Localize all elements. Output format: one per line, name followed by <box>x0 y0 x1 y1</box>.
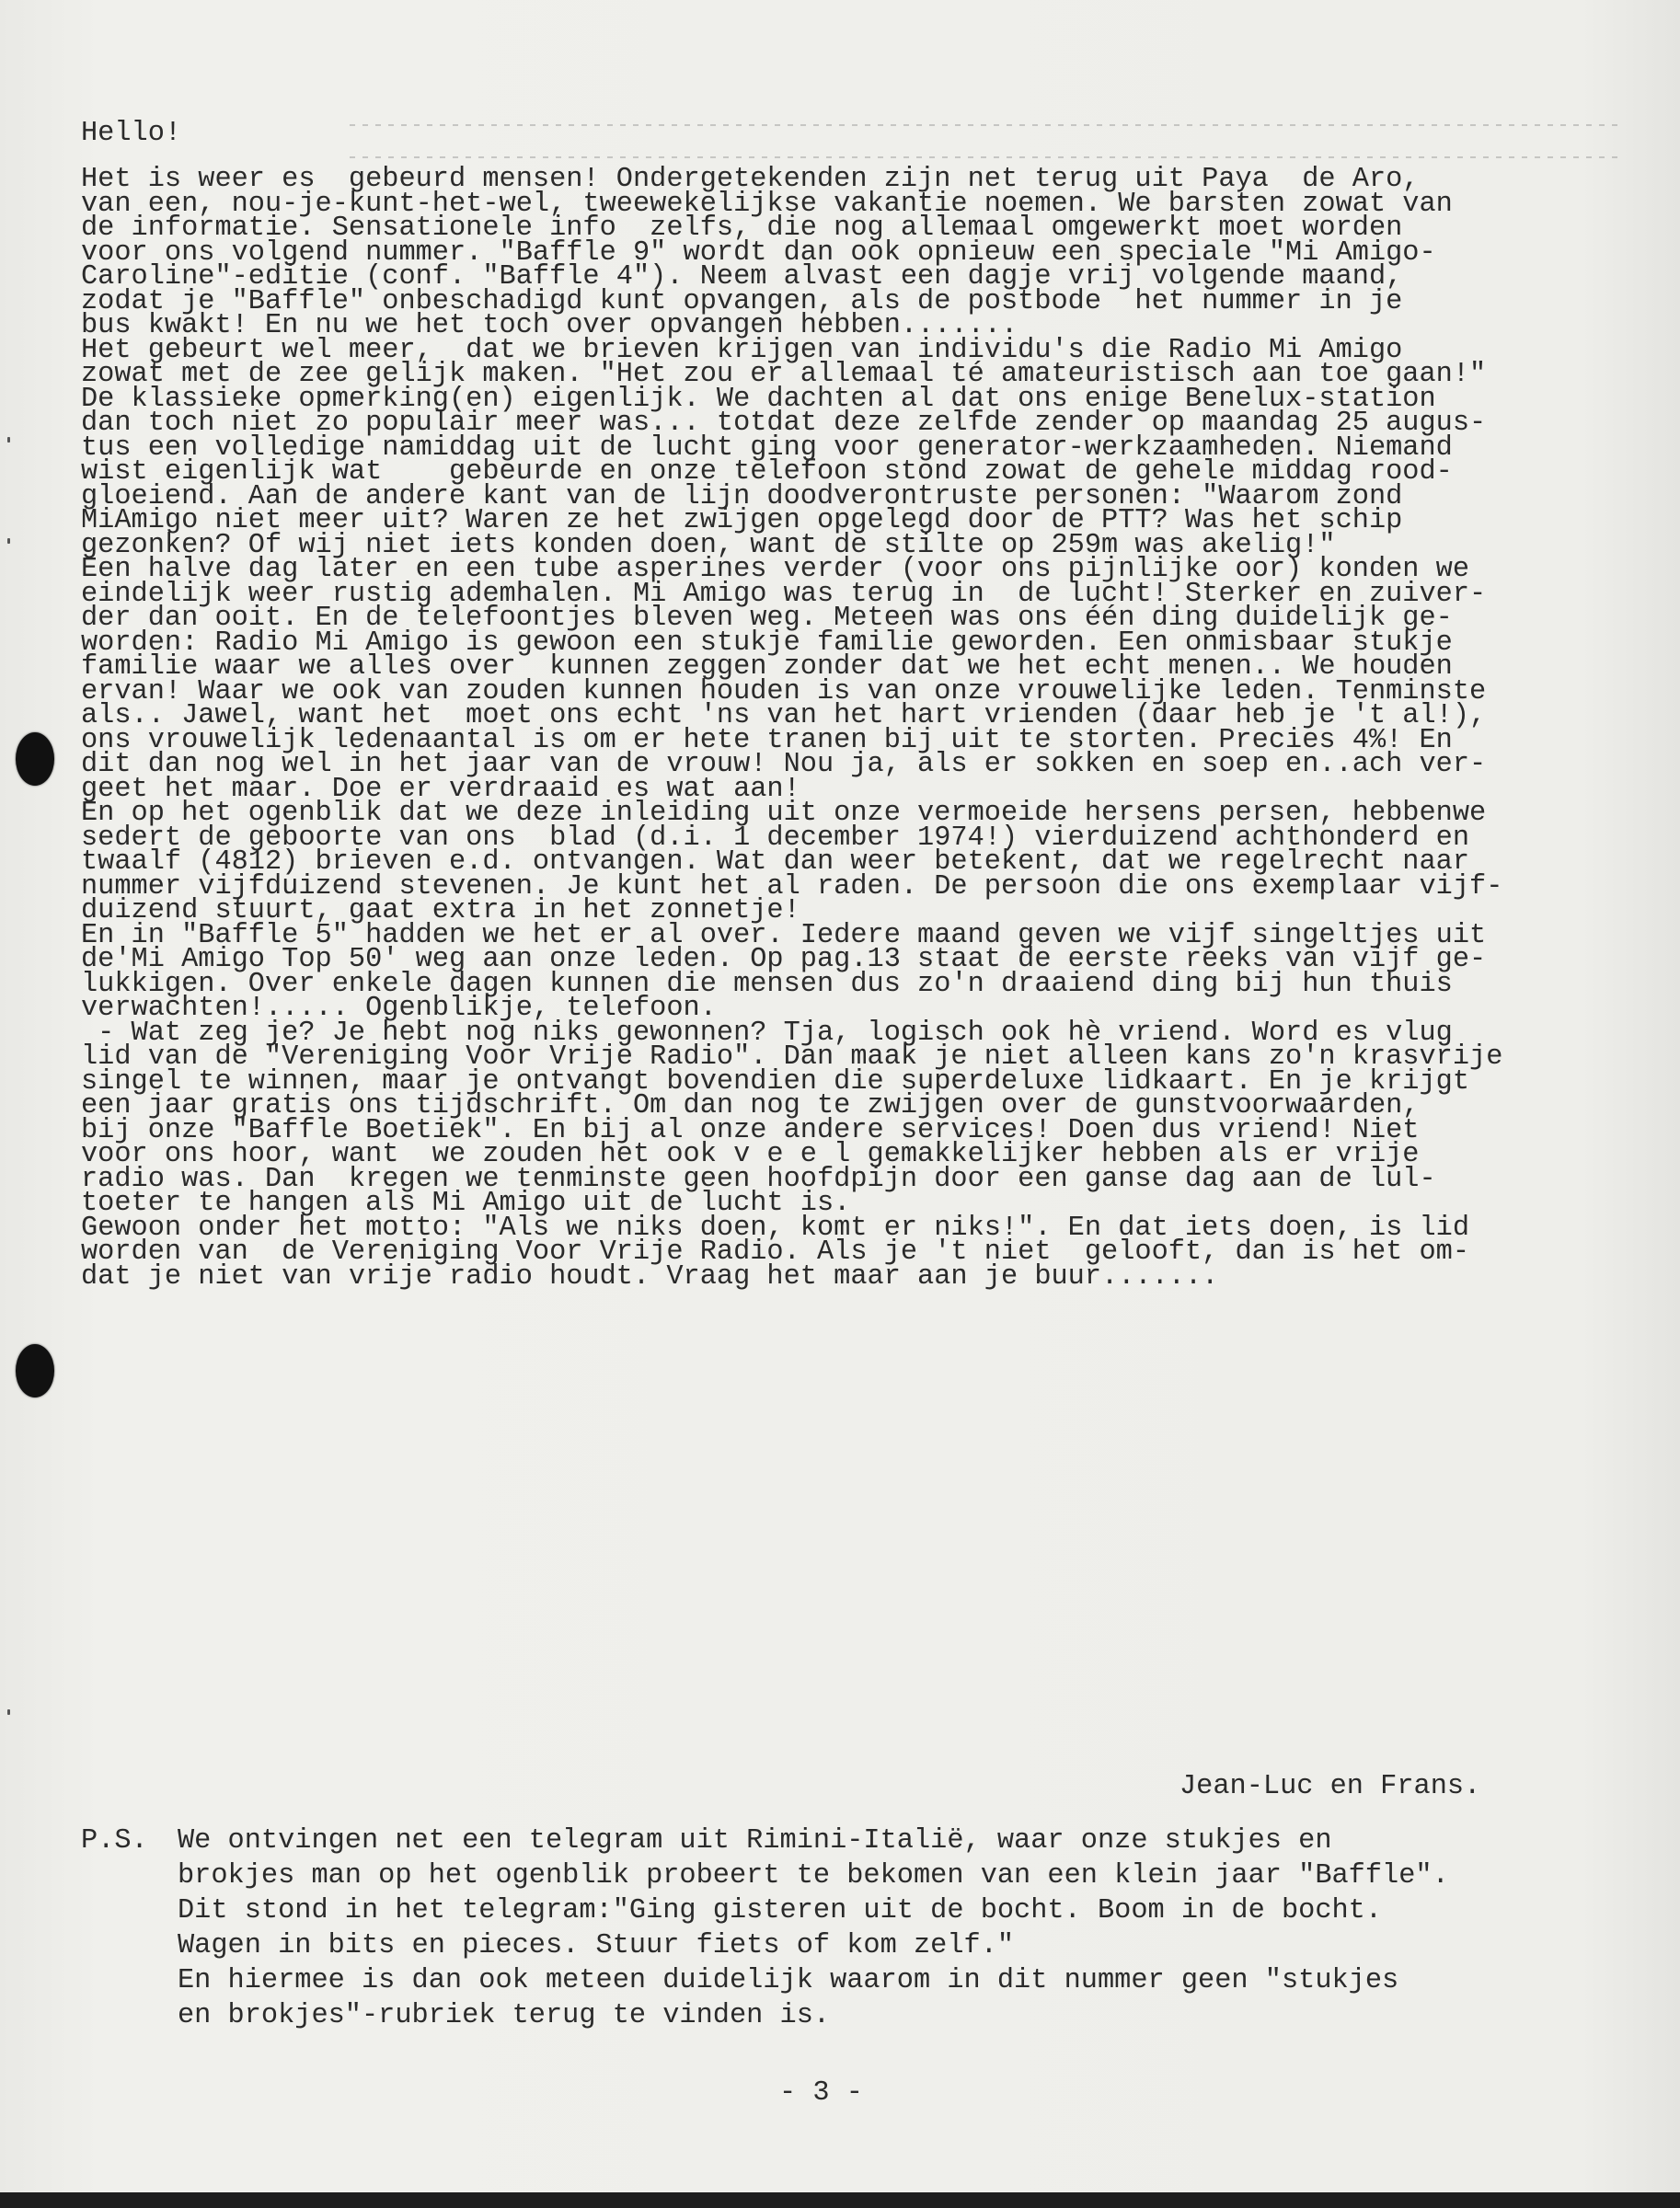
show-through-marks <box>350 156 1619 158</box>
postscript-line: brokjes man op het ogenblik probeert te … <box>178 1862 1449 1890</box>
postscript-line: Wagen in bits en pieces. Stuur fiets of … <box>178 1932 1014 1960</box>
punch-hole-top <box>16 732 54 786</box>
page-number: - 3 - <box>779 2079 863 2107</box>
postscript-label: P.S. <box>81 1827 148 1855</box>
body-line: dat je niet van vrije radio houdt. Vraag… <box>81 1263 1218 1291</box>
punch-hole-bottom <box>16 1344 54 1397</box>
scan-border-bottom <box>0 2192 1680 2208</box>
postscript-line: Dit stond in het telegram:"Ging gisteren… <box>178 1897 1382 1925</box>
postscript-line: We ontvingen net een telegram uit Rimini… <box>178 1827 1332 1855</box>
postscript-line: En hiermee is dan ook meteen duidelijk w… <box>178 1967 1398 1995</box>
margin-mark <box>7 1709 10 1715</box>
signature: Jean-Luc en Frans. <box>1179 1773 1480 1800</box>
show-through-marks <box>350 124 1619 126</box>
postscript-line: en brokjes"-rubriek terug te vinden is. <box>178 2002 830 2030</box>
margin-mark <box>7 538 10 544</box>
greeting: Hello! <box>81 120 181 147</box>
margin-mark <box>7 437 10 443</box>
